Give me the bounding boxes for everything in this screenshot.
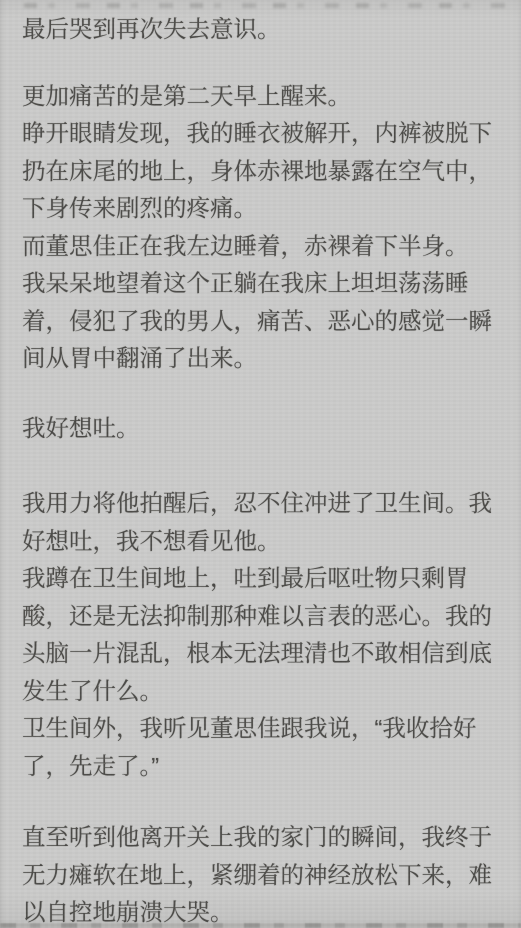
paragraph: 最后哭到再次失去意识。 [22,11,508,49]
paragraph: 直至听到他离开关上我的家门的瞬间，我终于 无力瘫软在地上，紧绷着的神经放松下来，… [22,819,508,928]
clipped-previous-line [24,3,507,8]
body-text-column: 最后哭到再次失去意识。 更加痛苦的是第二天早上醒来。 睁开眼睛发现，我的睡衣被解… [22,11,508,928]
clipped-next-line-edge [0,923,521,928]
reader-page: 最后哭到再次失去意识。 更加痛苦的是第二天早上醒来。 睁开眼睛发现，我的睡衣被解… [0,0,521,928]
paragraph: 我好想吐。 [22,410,508,448]
paragraph: 更加痛苦的是第二天早上醒来。 睁开眼睛发现，我的睡衣被解开，内裤被脱下 扔在床尾… [22,78,508,378]
paragraph: 我用力将他拍醒后，忍不住冲进了卫生间。我 好想吐，我不想看见他。 我蹲在卫生间地… [22,485,508,785]
